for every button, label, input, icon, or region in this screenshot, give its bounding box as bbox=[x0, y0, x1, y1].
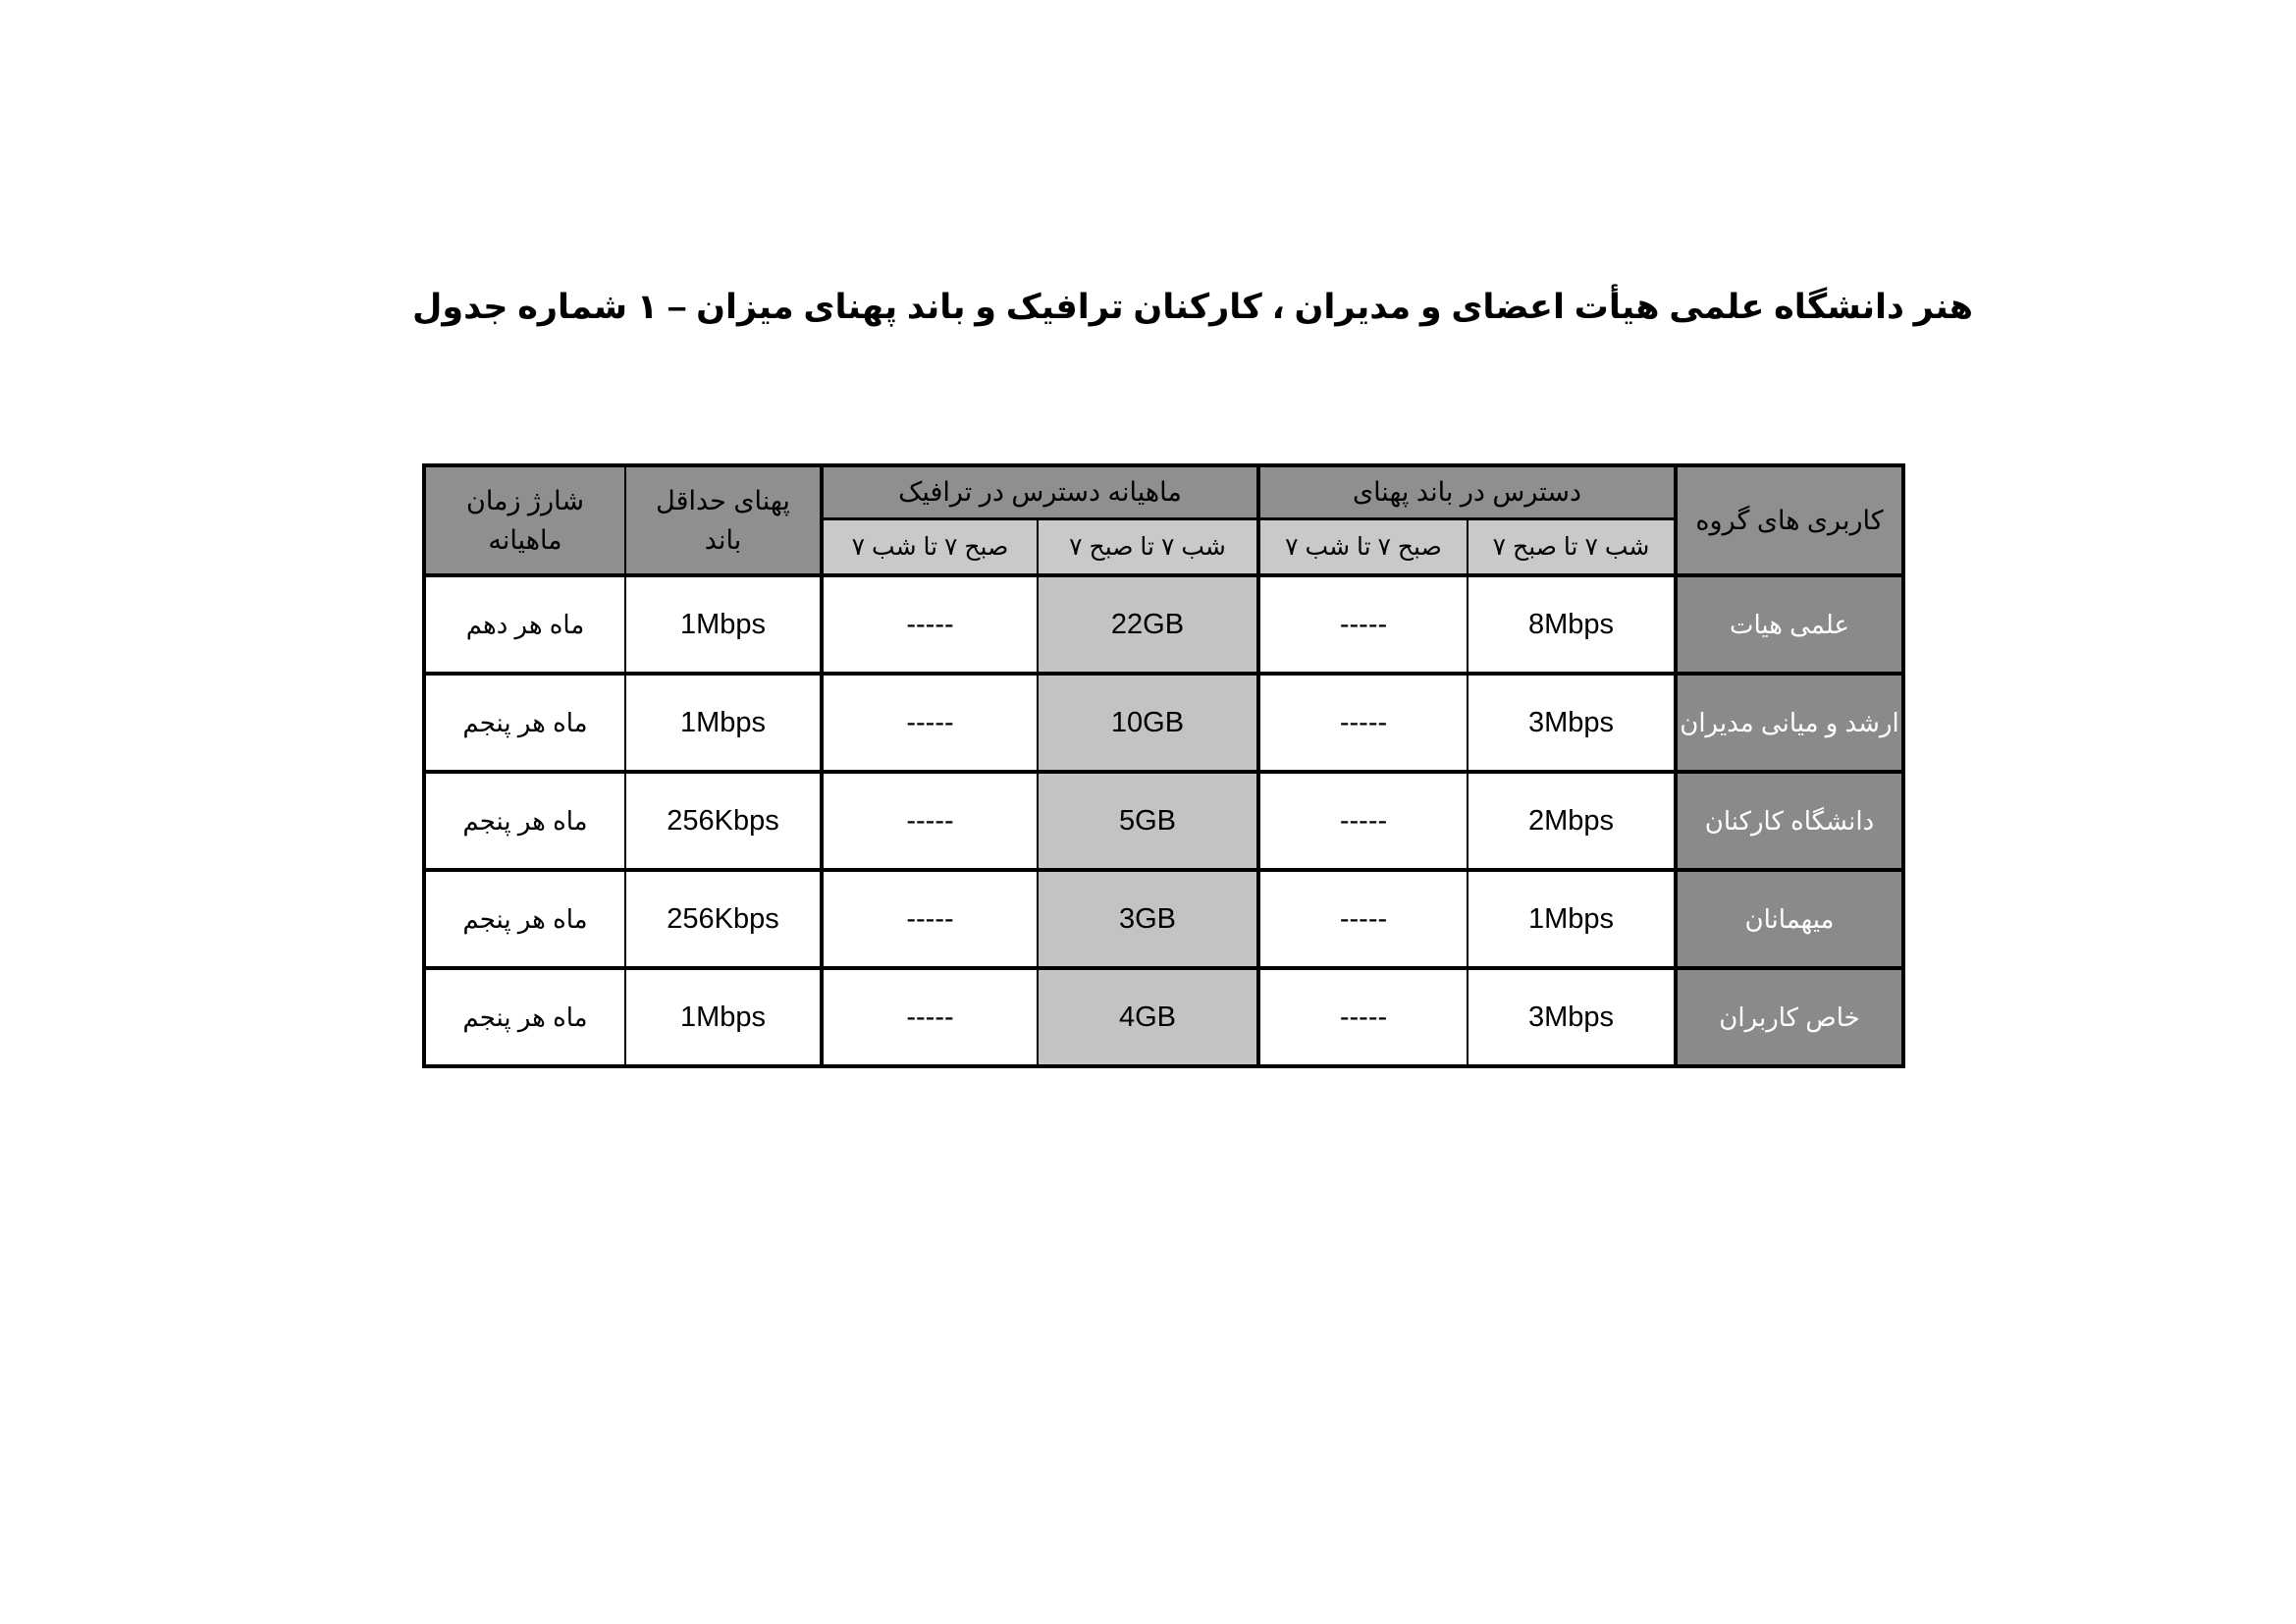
cell-bandwidth-night: ----- bbox=[1258, 575, 1468, 674]
cell-traffic-day: 22GB bbox=[1038, 575, 1258, 674]
cell-min-bandwidth: 256Kbps bbox=[625, 870, 822, 968]
cell-user-group: دانشگاه کارکنان bbox=[1676, 772, 1903, 870]
table-row: میهمانان 1Mbps ----- 3GB ----- 256Kbps م… bbox=[424, 870, 1903, 968]
cell-bandwidth-night: ----- bbox=[1258, 674, 1468, 772]
cell-traffic-night: ----- bbox=[822, 674, 1038, 772]
header-charge-time: شارژ زمان ماهیانه bbox=[424, 465, 625, 575]
cell-bandwidth-night: ----- bbox=[1258, 968, 1468, 1066]
cell-bandwidth-day: 8Mbps bbox=[1468, 575, 1676, 674]
header-traffic-available: ماهیانه دسترس در ترافیک bbox=[822, 465, 1258, 518]
cell-bandwidth-night: ----- bbox=[1258, 870, 1468, 968]
cell-charge-time: ماه هر پنجم bbox=[424, 772, 625, 870]
header-charge-time-line1: شارژ زمان bbox=[426, 481, 624, 521]
header-charge-time-line2: ماهیانه bbox=[426, 520, 624, 561]
header-user-groups: کاربری های گروه bbox=[1676, 465, 1903, 575]
cell-user-group: ارشد و میانی مدیران bbox=[1676, 674, 1903, 772]
header-bandwidth-available: دسترس در باند پهنای bbox=[1258, 465, 1676, 518]
bandwidth-traffic-table: کاربری های گروه دسترس در باند پهنای ماهی… bbox=[422, 463, 1905, 1068]
cell-traffic-day: 5GB bbox=[1038, 772, 1258, 870]
table-row: دانشگاه کارکنان 2Mbps ----- 5GB ----- 25… bbox=[424, 772, 1903, 870]
cell-bandwidth-day: 2Mbps bbox=[1468, 772, 1676, 870]
subheader-bandwidth-night: صبح ۷ تا شب ۷ bbox=[1258, 518, 1468, 575]
document-title: هنر دانشگاه علمی هیأت اعضای و مدیران ، ک… bbox=[461, 288, 1973, 327]
cell-traffic-night: ----- bbox=[822, 575, 1038, 674]
cell-bandwidth-night: ----- bbox=[1258, 772, 1468, 870]
cell-traffic-night: ----- bbox=[822, 870, 1038, 968]
header-min-bandwidth: پهنای حداقل باند bbox=[625, 465, 822, 575]
cell-min-bandwidth: 1Mbps bbox=[625, 674, 822, 772]
cell-traffic-night: ----- bbox=[822, 968, 1038, 1066]
cell-charge-time: ماه هر پنجم bbox=[424, 870, 625, 968]
cell-user-group: میهمانان bbox=[1676, 870, 1903, 968]
table-row: خاص کاربران 3Mbps ----- 4GB ----- 1Mbps … bbox=[424, 968, 1903, 1066]
header-min-bandwidth-line1: پهنای حداقل bbox=[626, 481, 820, 521]
cell-min-bandwidth: 1Mbps bbox=[625, 575, 822, 674]
cell-charge-time: ماه هر دهم bbox=[424, 575, 625, 674]
cell-traffic-night: ----- bbox=[822, 772, 1038, 870]
cell-user-group: علمی هیات bbox=[1676, 575, 1903, 674]
subheader-traffic-day: شب ۷ تا صبح ۷ bbox=[1038, 518, 1258, 575]
cell-min-bandwidth: 1Mbps bbox=[625, 968, 822, 1066]
table-row: ارشد و میانی مدیران 3Mbps ----- 10GB ---… bbox=[424, 674, 1903, 772]
table-row: علمی هیات 8Mbps ----- 22GB ----- 1Mbps م… bbox=[424, 575, 1903, 674]
header-group-row: کاربری های گروه دسترس در باند پهنای ماهی… bbox=[424, 465, 1903, 518]
cell-min-bandwidth: 256Kbps bbox=[625, 772, 822, 870]
cell-bandwidth-day: 3Mbps bbox=[1468, 968, 1676, 1066]
cell-bandwidth-day: 1Mbps bbox=[1468, 870, 1676, 968]
cell-traffic-day: 10GB bbox=[1038, 674, 1258, 772]
subheader-traffic-night: صبح ۷ تا شب ۷ bbox=[822, 518, 1038, 575]
cell-bandwidth-day: 3Mbps bbox=[1468, 674, 1676, 772]
cell-charge-time: ماه هر پنجم bbox=[424, 674, 625, 772]
cell-user-group: خاص کاربران bbox=[1676, 968, 1903, 1066]
cell-charge-time: ماه هر پنجم bbox=[424, 968, 625, 1066]
cell-traffic-day: 4GB bbox=[1038, 968, 1258, 1066]
header-min-bandwidth-line2: باند bbox=[626, 520, 820, 561]
cell-traffic-day: 3GB bbox=[1038, 870, 1258, 968]
subheader-bandwidth-day: شب ۷ تا صبح ۷ bbox=[1468, 518, 1676, 575]
